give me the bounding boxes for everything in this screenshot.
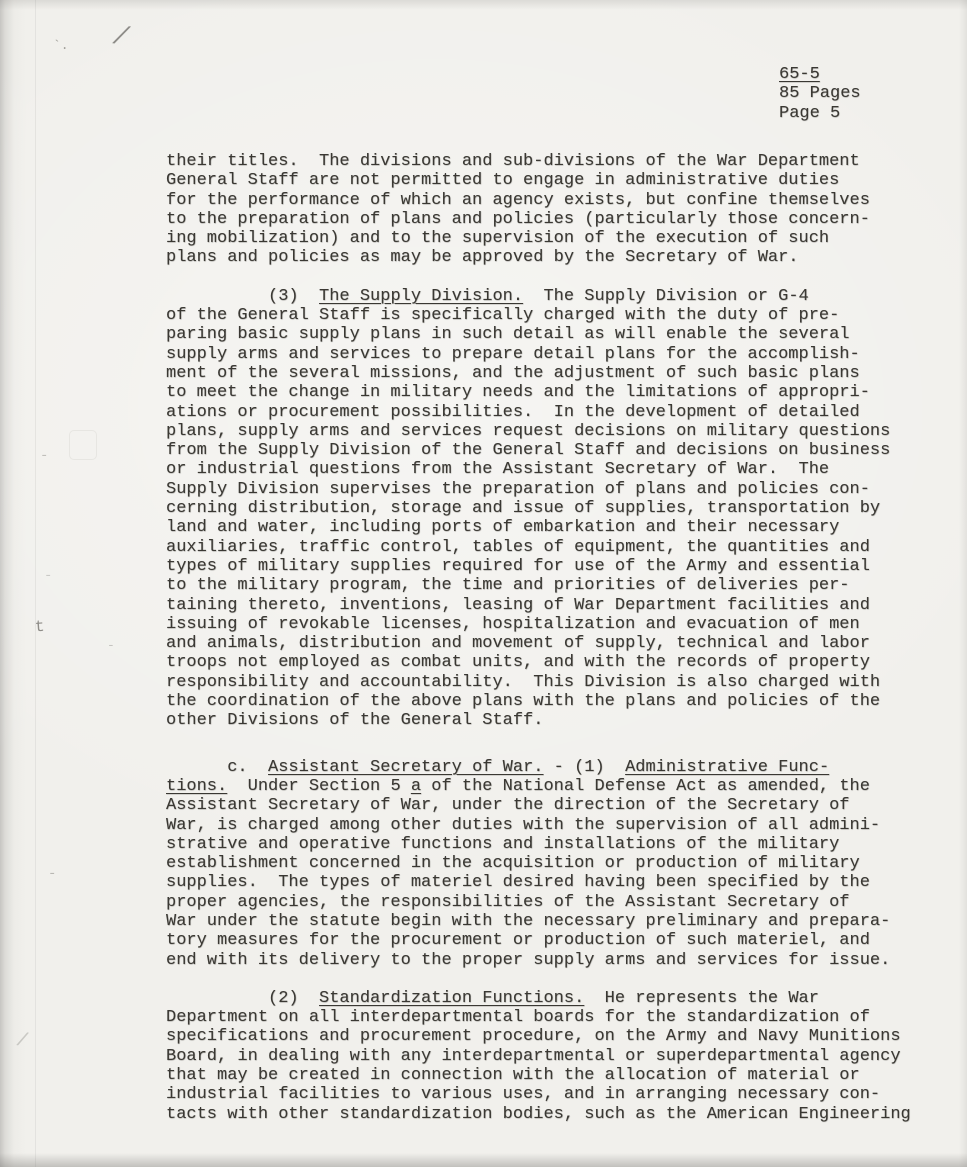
text-segment: ing mobilization) and to the supervision… [166,229,829,248]
text-line: or industrial questions from the Assista… [166,460,936,479]
text-segment: taining thereto, inventions, leasing of … [166,596,870,615]
text-segment: industrial facilities to various uses, a… [166,1085,880,1104]
text-line: tions. Under Section 5 a of the National… [166,777,936,796]
scan-edge-right [959,0,967,1167]
paragraph: c. Assistant Secretary of War. - (1) Adm… [166,758,936,970]
document-body: their titles. The divisions and sub-divi… [166,152,936,1124]
text-segment: paring basic supply plans in such detail… [166,325,850,344]
paragraph: (3) The Supply Division. The Supply Divi… [166,287,936,731]
text-segment: ations or procurement possibilities. In … [166,403,860,422]
text-segment: responsibility and accountability. This … [166,673,880,692]
text-line: auxiliaries, traffic control, tables of … [166,538,936,557]
text-line: industrial facilities to various uses, a… [166,1085,936,1104]
text-line: ations or procurement possibilities. In … [166,403,936,422]
handwritten-slash-mark: / [111,21,131,53]
text-segment: tory measures for the procurement or pro… [166,931,870,950]
text-line: General Staff are not permitted to engag… [166,171,936,190]
text-line: (3) The Supply Division. The Supply Divi… [166,287,936,306]
text-segment: troops not employed as combat units, and… [166,653,870,672]
text-segment: (3) [166,287,319,306]
text-segment: that may be created in connection with t… [166,1066,860,1085]
text-segment: plans and policies as may be approved by… [166,248,799,267]
handwritten-tick-mark: t [34,618,45,637]
text-line: paring basic supply plans in such detail… [166,325,936,344]
text-line: tory measures for the procurement or pro… [166,931,936,950]
text-segment: to meet the change in military needs and… [166,383,870,402]
text-line: land and water, including ports of embar… [166,518,936,537]
text-segment: - (1) [543,758,625,777]
scanned-document-page: / `. - - t - - / 65-5 85 Pages Page 5 th… [0,0,967,1167]
text-line: troops not employed as combat units, and… [166,653,936,672]
text-segment: the coordination of the above plans with… [166,692,880,711]
stray-mark: `. [53,38,69,53]
text-segment: Assistant Secretary of War, under the di… [166,796,850,815]
text-line: end with its delivery to the proper supp… [166,951,936,970]
scan-fold-line [35,0,36,1167]
text-segment: and animals, distribution and movement o… [166,634,870,653]
text-segment: of the National Defense Act as amended, … [421,777,870,796]
text-segment: specifications and procurement procedure… [166,1027,901,1046]
text-line: responsibility and accountability. This … [166,673,936,692]
text-line: supply arms and services to prepare deta… [166,345,936,364]
stray-mark: - [40,448,48,464]
text-line: specifications and procurement procedure… [166,1027,936,1046]
text-line: supplies. The types of materiel desired … [166,873,936,892]
text-line: tacts with other standardization bodies,… [166,1105,936,1124]
text-line: strative and operative functions and ins… [166,835,936,854]
text-line: Supply Division supervises the preparati… [166,480,936,499]
text-segment: Department on all interdepartmental boar… [166,1008,870,1027]
text-line: plans, supply arms and services request … [166,422,936,441]
text-line: War, is charged among other duties with … [166,816,936,835]
underlined-text: tions. [166,777,227,796]
text-segment: ment of the several missions, and the ad… [166,364,860,383]
stray-mark: - [44,568,52,584]
text-segment: auxiliaries, traffic control, tables of … [166,538,870,557]
text-segment: General Staff are not permitted to engag… [166,171,839,190]
underlined-text: Standardization Functions. [319,989,584,1008]
text-line: of the General Staff is specifically cha… [166,306,936,325]
text-line: that may be created in connection with t… [166,1066,936,1085]
text-line: c. Assistant Secretary of War. - (1) Adm… [166,758,936,777]
text-line: cerning distribution, storage and issue … [166,499,936,518]
text-segment: or industrial questions from the Assista… [166,460,829,479]
text-segment: War under the statute begin with the nec… [166,912,890,931]
text-line: Department on all interdepartmental boar… [166,1008,936,1027]
text-line: ment of the several missions, and the ad… [166,364,936,383]
text-segment: tacts with other standardization bodies,… [166,1105,911,1124]
text-segment: to the preparation of plans and policies… [166,210,870,229]
text-segment: He represents the War [584,989,819,1008]
text-line: taining thereto, inventions, leasing of … [166,596,936,615]
text-segment: Supply Division supervises the preparati… [166,480,870,499]
text-segment: cerning distribution, storage and issue … [166,499,880,518]
text-line: plans and policies as may be approved by… [166,248,936,267]
text-segment: other Divisions of the General Staff. [166,711,543,730]
text-line: proper agencies, the responsibilities of… [166,893,936,912]
stray-square-mark [69,430,97,460]
text-segment: for the performance of which an agency e… [166,191,870,210]
text-segment: end with its delivery to the proper supp… [166,951,890,970]
text-line: Board, in dealing with any interdepartme… [166,1047,936,1066]
text-segment: issuing of revokable licenses, hospitali… [166,615,860,634]
text-segment: strative and operative functions and ins… [166,835,839,854]
text-segment: plans, supply arms and services request … [166,422,890,441]
text-line: War under the statute begin with the nec… [166,912,936,931]
text-segment: their titles. The divisions and sub-divi… [166,152,860,171]
text-line: their titles. The divisions and sub-divi… [166,152,936,171]
underlined-text: The Supply Division. [319,287,523,306]
underlined-text: Administrative Func- [625,758,829,777]
text-segment: types of military supplies required for … [166,557,870,576]
text-segment: (2) [166,989,319,1008]
text-line: from the Supply Division of the General … [166,441,936,460]
text-line: (2) Standardization Functions. He repres… [166,989,936,1008]
stray-mark: / [14,1029,31,1054]
text-line: the coordination of the above plans with… [166,692,936,711]
page-number: Page 5 [779,104,861,123]
text-line: types of military supplies required for … [166,557,936,576]
text-line: ing mobilization) and to the supervision… [166,229,936,248]
paragraph: (2) Standardization Functions. He repres… [166,989,936,1124]
text-line: to meet the change in military needs and… [166,383,936,402]
paragraph: their titles. The divisions and sub-divi… [166,152,936,268]
pages-count: 85 Pages [779,84,861,103]
text-segment: establishment concerned in the acquisiti… [166,854,860,873]
text-segment: proper agencies, the responsibilities of… [166,893,850,912]
page-header-block: 65-5 85 Pages Page 5 [779,65,861,123]
scan-edge-top [0,0,967,10]
text-segment: of the General Staff is specifically cha… [166,306,839,325]
text-line: to the military program, the time and pr… [166,576,936,595]
text-segment: Board, in dealing with any interdepartme… [166,1047,901,1066]
document-number: 65-5 [779,65,861,84]
text-segment: from the Supply Division of the General … [166,441,890,460]
stray-mark: - [48,866,56,882]
text-line: establishment concerned in the acquisiti… [166,854,936,873]
scan-edge-bottom [0,1153,967,1167]
text-line: for the performance of which an agency e… [166,191,936,210]
text-segment: War, is charged among other duties with … [166,816,880,835]
text-line: to the preparation of plans and policies… [166,210,936,229]
text-segment: supplies. The types of materiel desired … [166,873,870,892]
text-segment: supply arms and services to prepare deta… [166,345,860,364]
text-segment: to the military program, the time and pr… [166,576,850,595]
text-line: Assistant Secretary of War, under the di… [166,796,936,815]
text-line: other Divisions of the General Staff. [166,711,936,730]
text-line: and animals, distribution and movement o… [166,634,936,653]
text-segment: land and water, including ports of embar… [166,518,839,537]
underlined-text: a [411,777,421,796]
stray-mark: - [107,638,115,653]
text-line: issuing of revokable licenses, hospitali… [166,615,936,634]
underlined-text: Assistant Secretary of War. [268,758,543,777]
text-segment: c. [166,758,268,777]
text-segment: The Supply Division or G-4 [523,287,809,306]
text-segment: Under Section 5 [227,777,411,796]
